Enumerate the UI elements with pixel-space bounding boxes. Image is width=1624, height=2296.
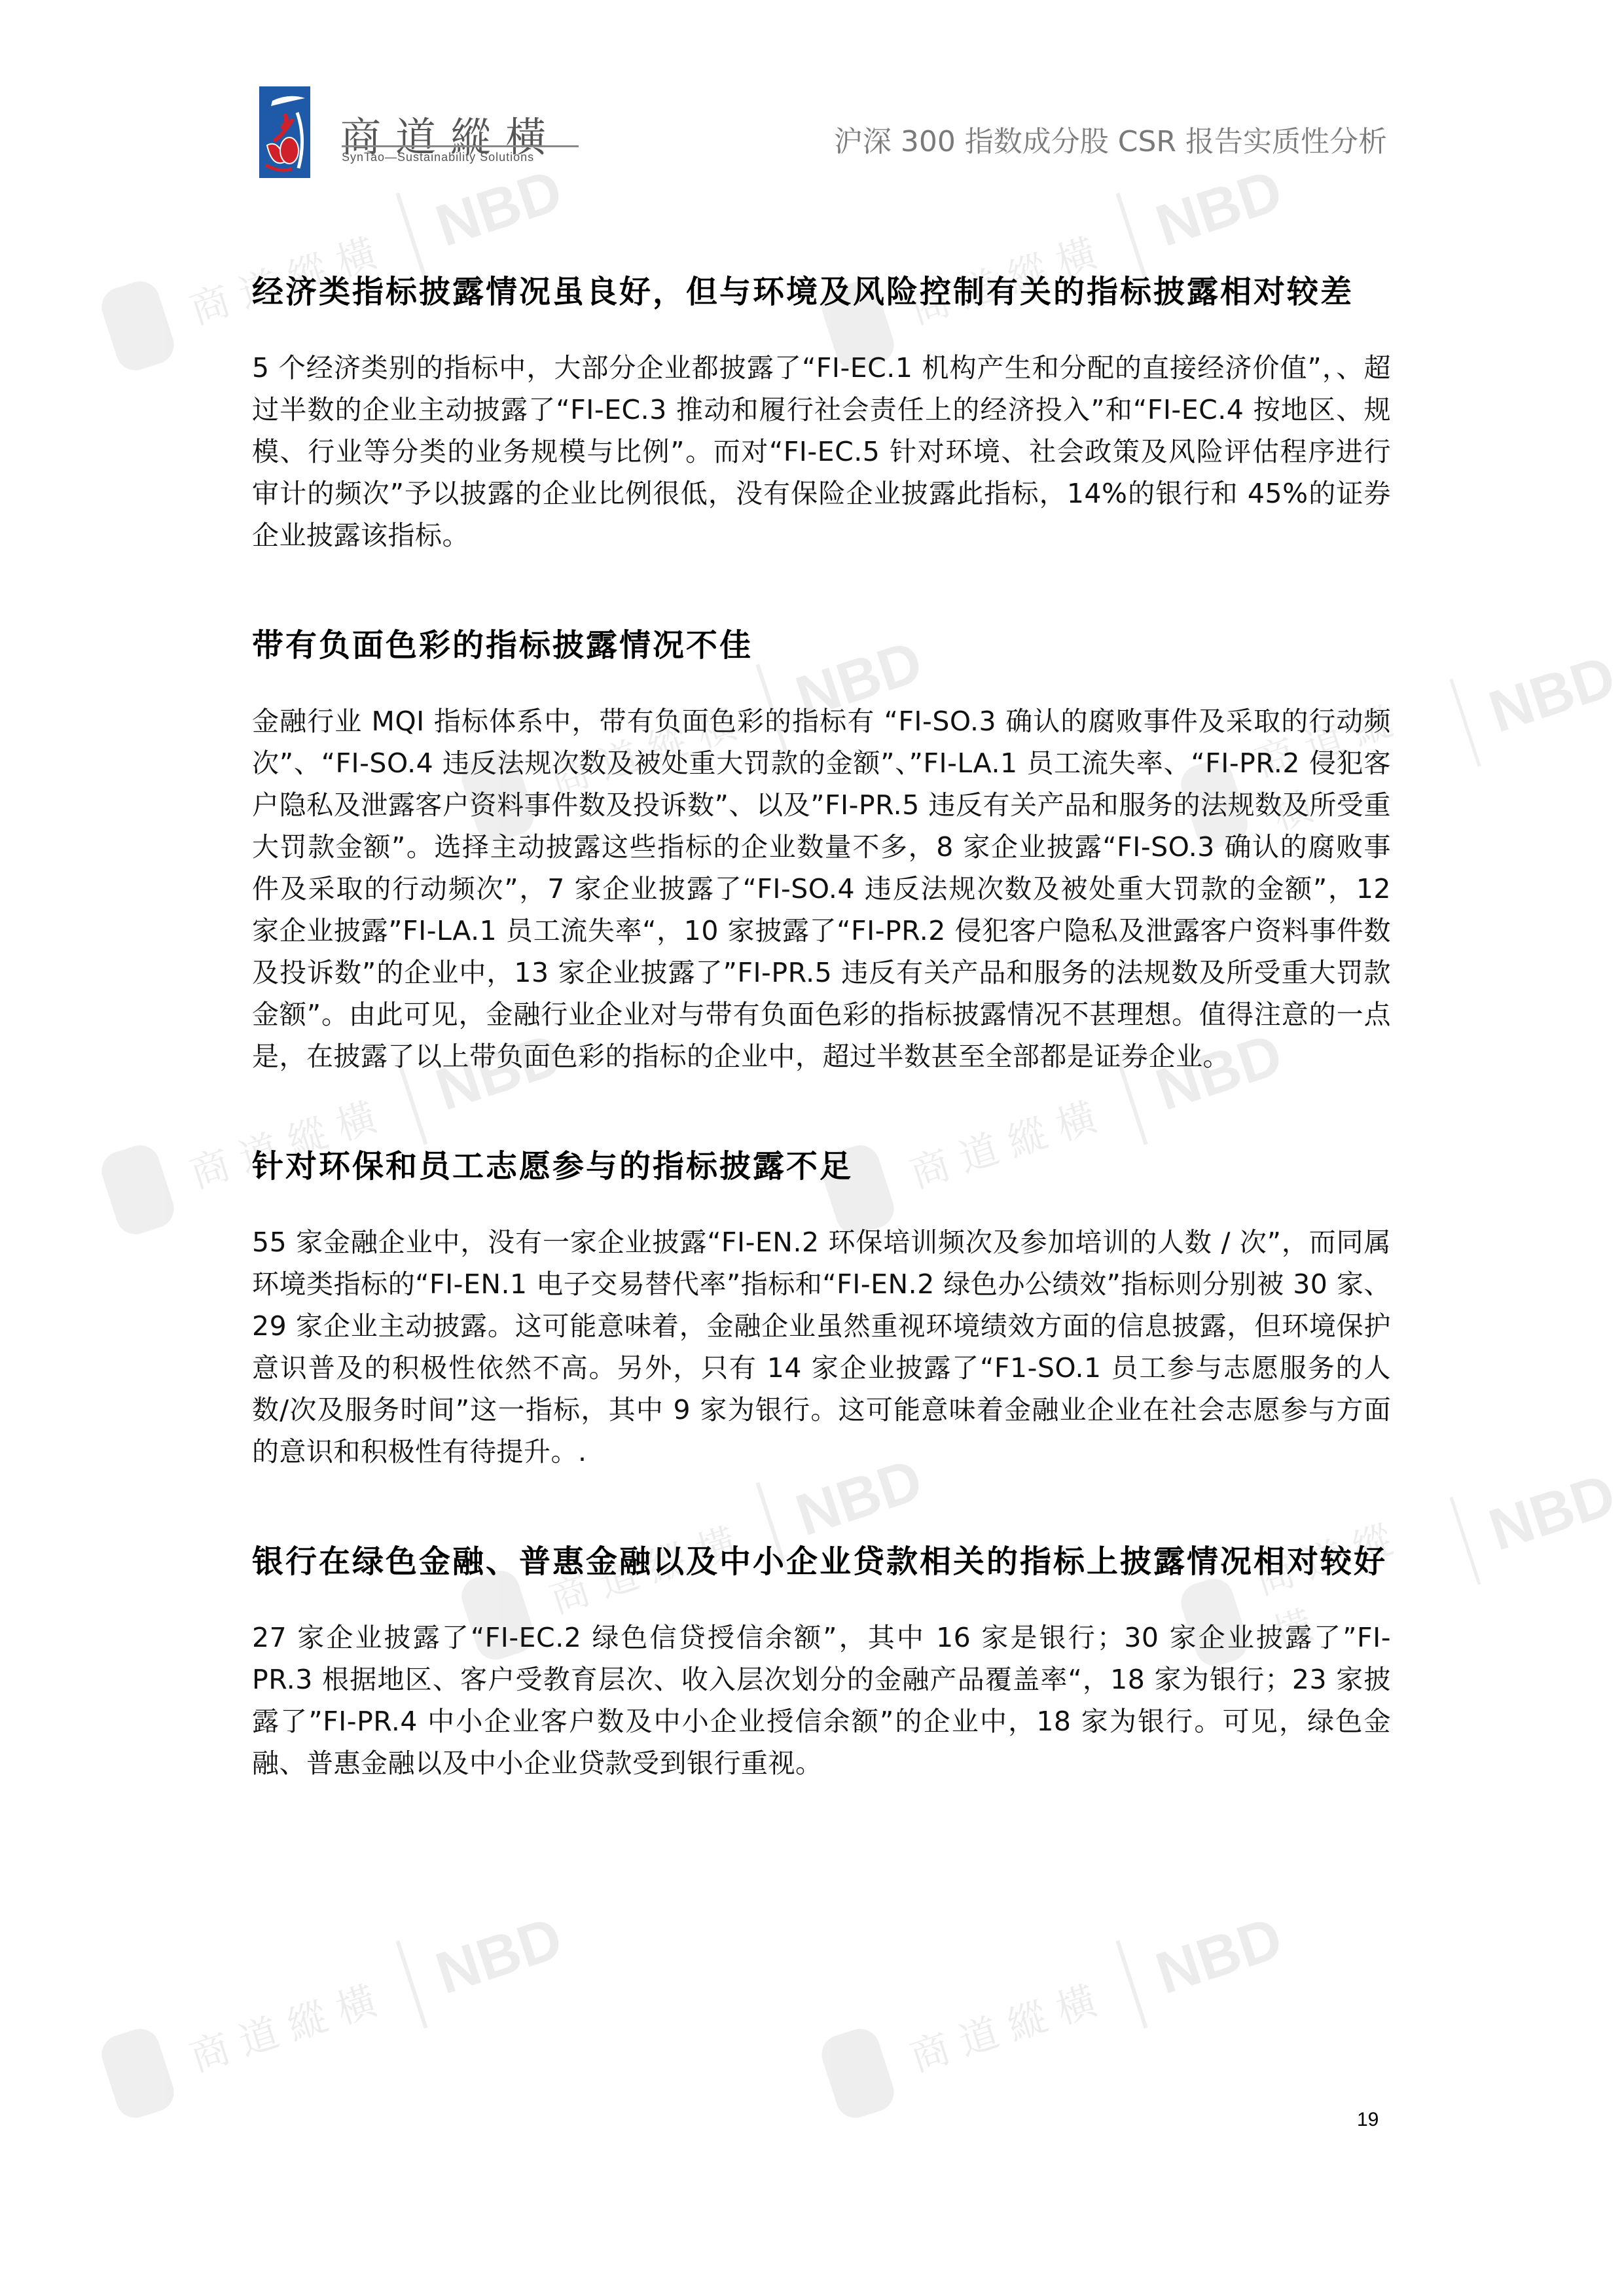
page-number: 19 (1357, 2109, 1379, 2131)
section-heading: 银行在绿色金融、普惠金融以及中小企业贷款相关的指标上披露情况相对较好 (252, 1518, 1391, 1605)
watermark-brand: NBD (1148, 1904, 1290, 2007)
watermark-seal-icon (97, 2024, 179, 2123)
section-body: 5 个经济类别的指标中，大部分企业都披露了“FI-EC.1 机构产生和分配的直接… (252, 347, 1391, 556)
section-heading: 针对环保和员工志愿参与的指标披露不足 (252, 1123, 1391, 1210)
watermark-seal-icon (97, 1140, 179, 1239)
section-negative-indicators: 带有负面色彩的指标披露情况不佳 金融行业 MQI 指标体系中，带有负面色彩的指标… (252, 602, 1391, 1077)
watermark-seal-icon (817, 2024, 899, 2123)
section-body: 金融行业 MQI 指标体系中，带有负面色彩的指标有 “FI-SO.3 确认的腐败… (252, 700, 1391, 1077)
section-environment-volunteer-indicators: 针对环保和员工志愿参与的指标披露不足 55 家金融企业中，没有一家企业披露“FI… (252, 1123, 1391, 1473)
watermark-brand: NBD (428, 1904, 570, 2007)
watermark-brand: NBD (1481, 1461, 1623, 1564)
section-heading: 经济类指标披露情况虽良好，但与环境及风险控制有关的指标披露相对较差 (252, 249, 1391, 335)
watermark: 商道縱橫 NBD (96, 1893, 574, 2126)
watermark-divider (1115, 1940, 1147, 2028)
syntao-logo-icon (259, 86, 310, 178)
watermark-divider (395, 1940, 427, 2028)
section-body: 27 家企业披露了“FI-EC.2 绿色信贷授信余额”，其中 16 家是银行；3… (252, 1617, 1391, 1784)
report-title: 沪深 300 指数成分股 CSR 报告实质性分析 (834, 118, 1387, 160)
main-content: 经济类指标披露情况虽良好，但与环境及风险控制有关的指标披露相对较差 5 个经济类… (252, 249, 1391, 1784)
section-body: 55 家金融企业中，没有一家企业披露“FI-EN.2 环保培训频次及参加培训的人… (252, 1221, 1391, 1473)
watermark-divider (1449, 1497, 1481, 1585)
watermark-text: 商道縱橫 (902, 1966, 1113, 2083)
section-economic-indicators: 经济类指标披露情况虽良好，但与环境及风险控制有关的指标披露相对较差 5 个经济类… (252, 249, 1391, 556)
logo-divider (342, 145, 579, 147)
section-bank-green-finance: 银行在绿色金融、普惠金融以及中小企业贷款相关的指标上披露情况相对较好 27 家企… (252, 1518, 1391, 1784)
section-heading: 带有负面色彩的指标披露情况不佳 (252, 602, 1391, 689)
logo-english-name: SynTao—Sustainability Solutions (342, 151, 534, 164)
watermark-divider (1449, 679, 1481, 767)
watermark-seal-icon (97, 276, 179, 375)
watermark-brand: NBD (1481, 643, 1623, 746)
watermark: 商道縱橫 NBD (816, 1893, 1294, 2126)
watermark-text: 商道縱橫 (182, 1966, 393, 2083)
page-header: 商道縱橫 SynTao—Sustainability Solutions 沪深 … (0, 0, 1624, 196)
